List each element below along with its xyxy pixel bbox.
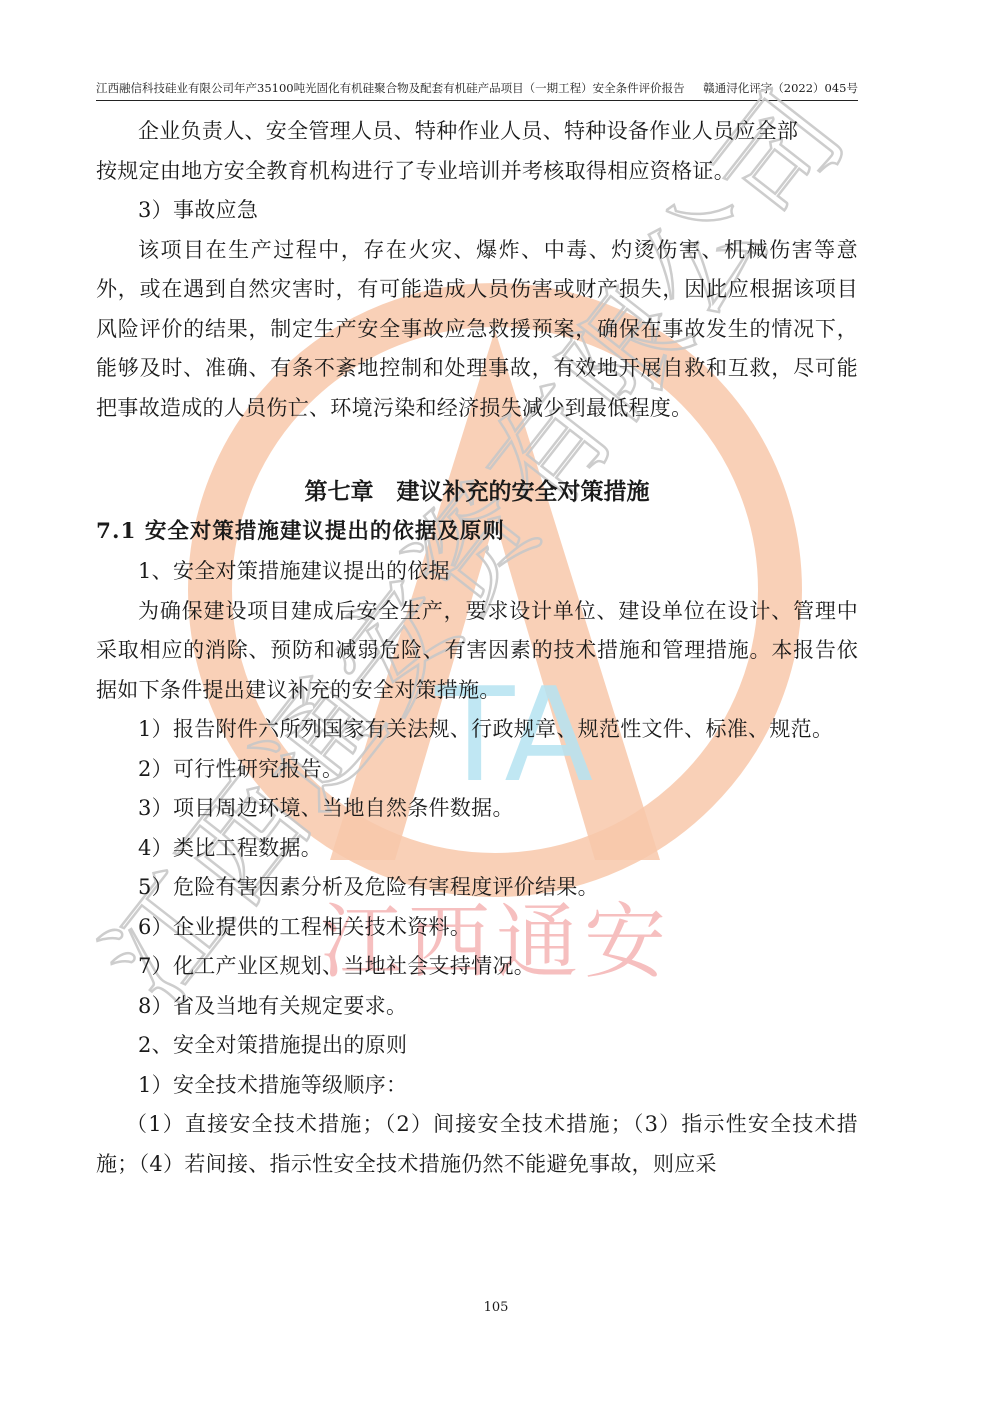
header-report-title: 江西融信科技硅业有限公司年产35100吨光固化有机硅聚合物及配套有机硅产品项目（… [96, 80, 685, 100]
list-item: 5）危险有害因素分析及危险有害程度评价结果。 [96, 868, 858, 908]
paragraph-basis-intro: 为确保建设项目建成后安全生产，要求设计单位、建设单位在设计、管理中采取相应的消除… [96, 592, 858, 711]
list-item: 6）企业提供的工程相关技术资料。 [96, 908, 858, 948]
list-item: 7）化工产业区规划、当地社会支持情况。 [96, 947, 858, 987]
header-report-number: 赣通浔化评字（2022）045号 [703, 80, 858, 100]
paragraph-line: 按规定由地方安全教育机构进行了专业培训并考核取得相应资格证。 [96, 152, 858, 192]
page-number: 105 [0, 1300, 992, 1315]
list-item: 3）项目周边环境、当地自然条件数据。 [96, 789, 858, 829]
list-item: 4）类比工程数据。 [96, 829, 858, 869]
list-heading-principles: 2、安全对策措施提出的原则 [96, 1026, 858, 1066]
list-item: 1）报告附件六所列国家有关法规、行政规章、规范性文件、标准、规范。 [96, 710, 858, 750]
list-item: 8）省及当地有关规定要求。 [96, 987, 858, 1027]
chapter-title: 第七章 建议补充的安全对策措施 [96, 472, 858, 512]
section-title: 7.1 安全对策措施建议提出的依据及原则 [96, 512, 858, 552]
paragraph-technical-measures: （1）直接安全技术措施；（2）间接安全技术措施；（3）指示性安全技术措施；（4）… [96, 1105, 858, 1184]
list-heading-basis: 1、安全对策措施建议提出的依据 [96, 552, 858, 592]
list-item: 2）可行性研究报告。 [96, 750, 858, 790]
page-header: 江西融信科技硅业有限公司年产35100吨光固化有机硅聚合物及配套有机硅产品项目（… [96, 80, 858, 101]
document-page: 江西融信科技硅业有限公司年产35100吨光固化有机硅聚合物及配套有机硅产品项目（… [0, 0, 992, 1403]
subheading-technical-order: 1）安全技术措施等级顺序： [96, 1066, 858, 1106]
page-content: 企业负责人、安全管理人员、特种作业人员、特种设备作业人员应全部 按规定由地方安全… [96, 112, 858, 1184]
paragraph-emergency: 该项目在生产过程中，存在火灾、爆炸、中毒、灼烫伤害、机械伤害等意外，或在遇到自然… [96, 231, 858, 429]
paragraph-line: 企业负责人、安全管理人员、特种作业人员、特种设备作业人员应全部 [96, 112, 858, 152]
subheading-emergency: 3）事故应急 [96, 191, 858, 231]
